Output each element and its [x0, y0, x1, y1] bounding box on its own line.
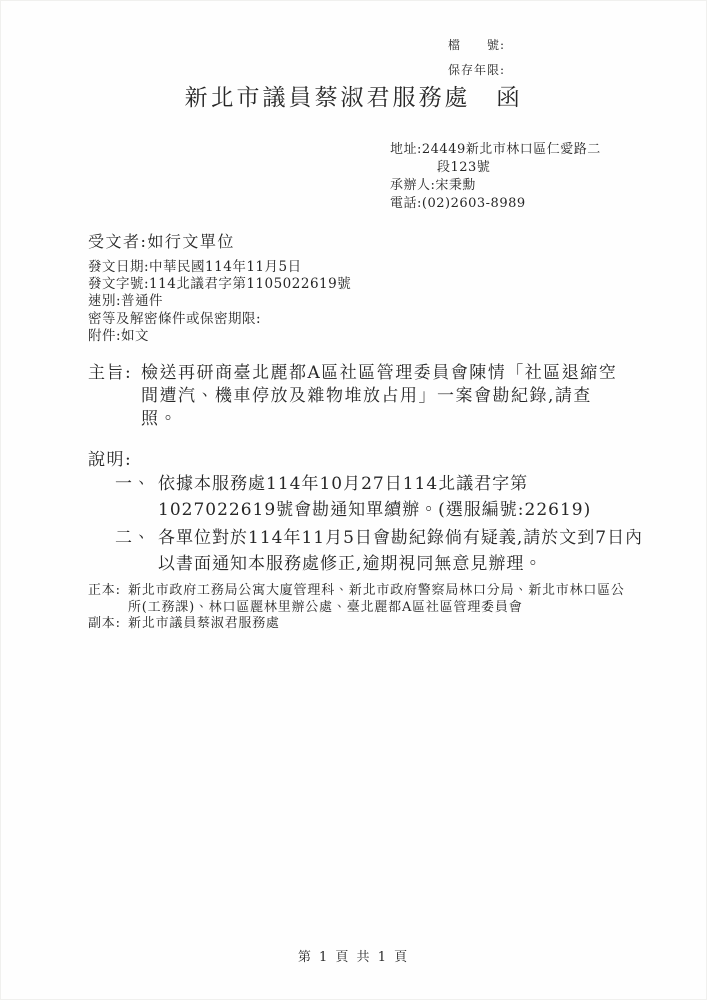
page-number-footer: 第 1 頁 共 1 頁 — [0, 946, 707, 965]
official-letter-page: 檔 號: 保存年限: 新北市議員蔡淑君服務處 函 地址:24449新北市林口區仁… — [0, 0, 707, 1000]
priority-line: 速別:普通件 — [88, 293, 351, 310]
explanation-label: 說明: — [88, 445, 132, 470]
retention-period-label: 保存年限: — [448, 62, 505, 78]
copy-recipients: 新北市議員蔡淑君服務處 — [128, 616, 626, 633]
original-label: 正本: — [88, 583, 128, 616]
original-recipients-row: 正本: 新北市政府工務局公寓大廈管理科、新北市政府警察局林口分局、新北市林口區公… — [88, 583, 626, 616]
explanation-item-2: 二、 各單位對於114年11月5日會勘紀錄倘有疑義,請於文到7日內以書面通知本服… — [115, 525, 644, 577]
phone-number: 電話:(02)2603-8989 — [390, 195, 601, 213]
subject-text: 檢送再研商臺北麗都A區社區管理委員會陳情「社區退縮空間遭汽、機車停放及雜物堆放占… — [141, 362, 623, 431]
issue-number-line: 發文字號:114北議君字第1105022619號 — [88, 276, 351, 293]
distribution-section: 正本: 新北市政府工務局公寓大廈管理科、新北市政府警察局林口分局、新北市林口區公… — [88, 583, 626, 633]
original-recipients: 新北市政府工務局公寓大廈管理科、新北市政府警察局林口分局、新北市林口區公所(工務… — [128, 583, 626, 616]
sender-address-line1: 地址:24449新北市林口區仁愛路二 — [390, 141, 601, 159]
issue-date-line: 發文日期:中華民國114年11月5日 — [88, 259, 351, 276]
item-text: 各單位對於114年11月5日會勘紀錄倘有疑義,請於文到7日內以書面通知本服務處修… — [158, 525, 644, 577]
attachment-line: 附件:如文 — [88, 328, 351, 345]
document-title: 新北市議員蔡淑君服務處 函 — [0, 79, 707, 112]
file-number-label: 檔 號: — [448, 37, 505, 53]
item-text: 依據本服務處114年10月27日114北議君字第1027022619號會勘通知單… — [158, 471, 644, 523]
sender-address-line2: 段123號 — [390, 159, 601, 177]
item-number: 二、 — [115, 525, 158, 577]
item-number: 一、 — [115, 471, 158, 523]
security-class-line: 密等及解密條件或保密期限: — [88, 311, 351, 328]
archive-labels: 檔 號: 保存年限: — [448, 37, 505, 78]
copy-label: 副本: — [88, 616, 128, 633]
sender-info: 地址:24449新北市林口區仁愛路二 段123號 承辦人:宋秉勳 電話:(02)… — [390, 141, 601, 213]
subject-label: 主旨: — [88, 362, 141, 431]
subject-section: 主旨: 檢送再研商臺北麗都A區社區管理委員會陳情「社區退縮空間遭汽、機車停放及雜… — [88, 362, 623, 431]
contact-person: 承辦人:宋秉勳 — [390, 177, 601, 195]
explanation-item-1: 一、 依據本服務處114年10月27日114北議君字第1027022619號會勘… — [115, 471, 644, 523]
recipient-line: 受文者:如行文單位 — [88, 229, 235, 252]
explanation-list: 一、 依據本服務處114年10月27日114北議君字第1027022619號會勘… — [115, 471, 644, 579]
document-metadata: 發文日期:中華民國114年11月5日 發文字號:114北議君字第11050226… — [88, 259, 351, 345]
copy-recipients-row: 副本: 新北市議員蔡淑君服務處 — [88, 616, 626, 633]
